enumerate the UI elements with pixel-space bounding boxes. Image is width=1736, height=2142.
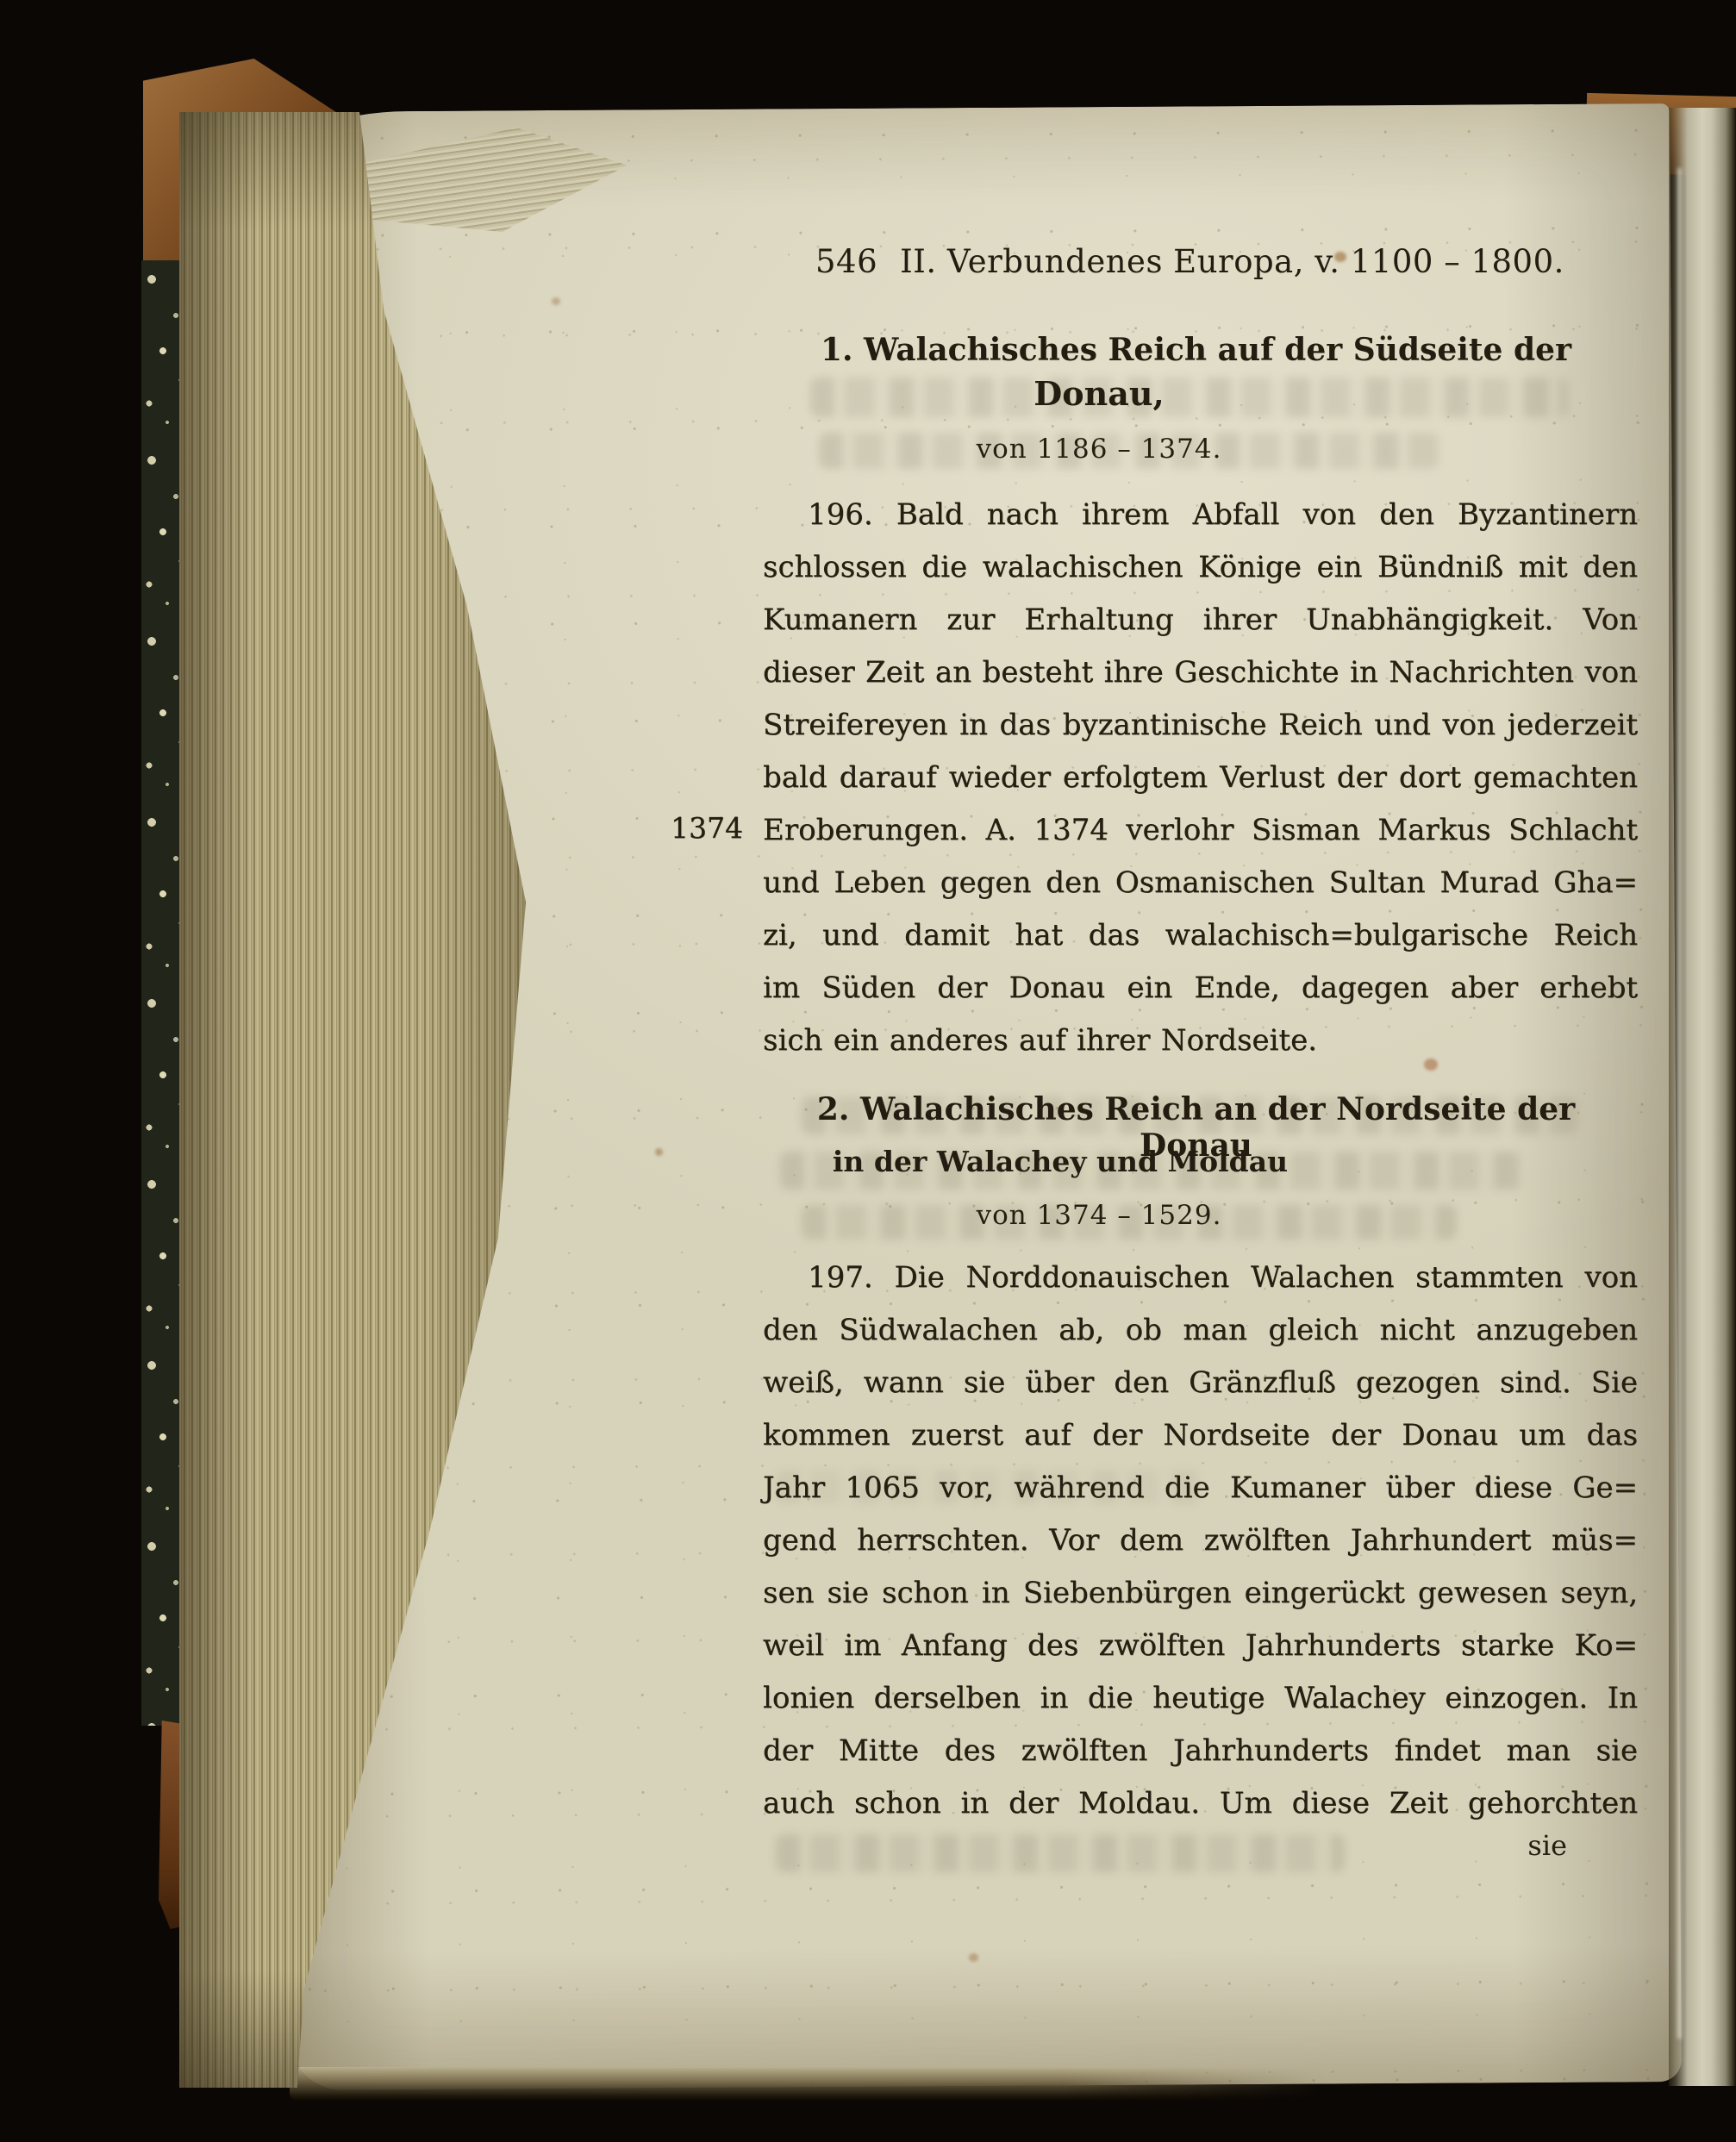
foxing-spot (1424, 1059, 1438, 1071)
text-line: dieser Zeit an besteht ihre Geschichte i… (763, 655, 1638, 690)
section2-heading-line2: in der Walachey und Moldau (759, 1145, 1362, 1178)
running-header: 546 II. Verbundenes Europa, v. 1100 – 18… (815, 243, 1643, 280)
text-line: weiß, wann sie über den Gränzfluß gezoge… (763, 1365, 1638, 1401)
gutter-crease-highlight (1677, 168, 1682, 2039)
text-line: der Mitte des zwölften Jahrhunderts find… (763, 1733, 1638, 1769)
text-line: gend herrschten. Vor dem zwölften Jahrhu… (763, 1523, 1638, 1558)
text-line: sen sie schon in Siebenbürgen eingerückt… (763, 1576, 1638, 1611)
text-line: Eroberungen. A. 1374 verlohr Sisman Mark… (763, 813, 1638, 848)
section1-date-range: von 1186 – 1374. (759, 434, 1439, 465)
text-line: bald darauf wieder erfolgtem Verlust der… (763, 760, 1638, 796)
book-scan-photo: 546 II. Verbundenes Europa, v. 1100 – 18… (0, 0, 1736, 2142)
section1-heading-line1: 1. Walachisches Reich auf der Südseite d… (759, 332, 1633, 368)
running-title: II. Verbundenes Europa, v. 1100 – 1800. (900, 243, 1564, 280)
page-bottom-edge (290, 2067, 1324, 2101)
text-line: 196. Bald nach ihrem Abfall von den Byza… (763, 497, 1638, 533)
foxing-spot (655, 1148, 663, 1156)
text-line: kommen zuerst auf der Nordseite der Dona… (763, 1418, 1638, 1453)
text-line: Streifereyen in das byzantinische Reich … (763, 708, 1638, 743)
text-line: weil im Anfang des zwölften Jahrhunderts… (763, 1628, 1638, 1664)
text-line: Kumanern zur Erhaltung ihrer Unabhängigk… (763, 603, 1638, 638)
page-number: 546 (815, 243, 877, 280)
foxing-spot (969, 1953, 978, 1962)
text-line: lonien derselben in die heutige Walachey… (763, 1681, 1638, 1716)
text-line: und Leben gegen den Osmanischen Sultan M… (763, 865, 1638, 901)
bleed-through-smudge (776, 1834, 1345, 1872)
text-line: im Süden der Donau ein Ende, dagegen abe… (763, 971, 1638, 1006)
section1-heading-line2: Donau, (759, 374, 1439, 413)
catchword: sie (1455, 1829, 1567, 1862)
section2-date-range: von 1374 – 1529. (759, 1200, 1439, 1231)
text-line: 197. Die Norddonauischen Walachen stammt… (763, 1260, 1638, 1296)
text-line: Jahr 1065 vor, während die Kumaner über … (763, 1471, 1638, 1506)
margin-year-note: 1374 (671, 811, 750, 845)
text-line: zi, und damit hat das walachisch=bulgari… (763, 918, 1638, 953)
foxing-spot (552, 297, 560, 305)
text-line: den Südwalachen ab, ob man gleich nicht … (763, 1313, 1638, 1348)
text-line: sich ein anderes auf ihrer Nordseite. (763, 1023, 1638, 1059)
text-line: schlossen die walachischen Könige ein Bü… (763, 550, 1638, 585)
text-line: auch schon in der Moldau. Um diese Zeit … (763, 1786, 1638, 1821)
